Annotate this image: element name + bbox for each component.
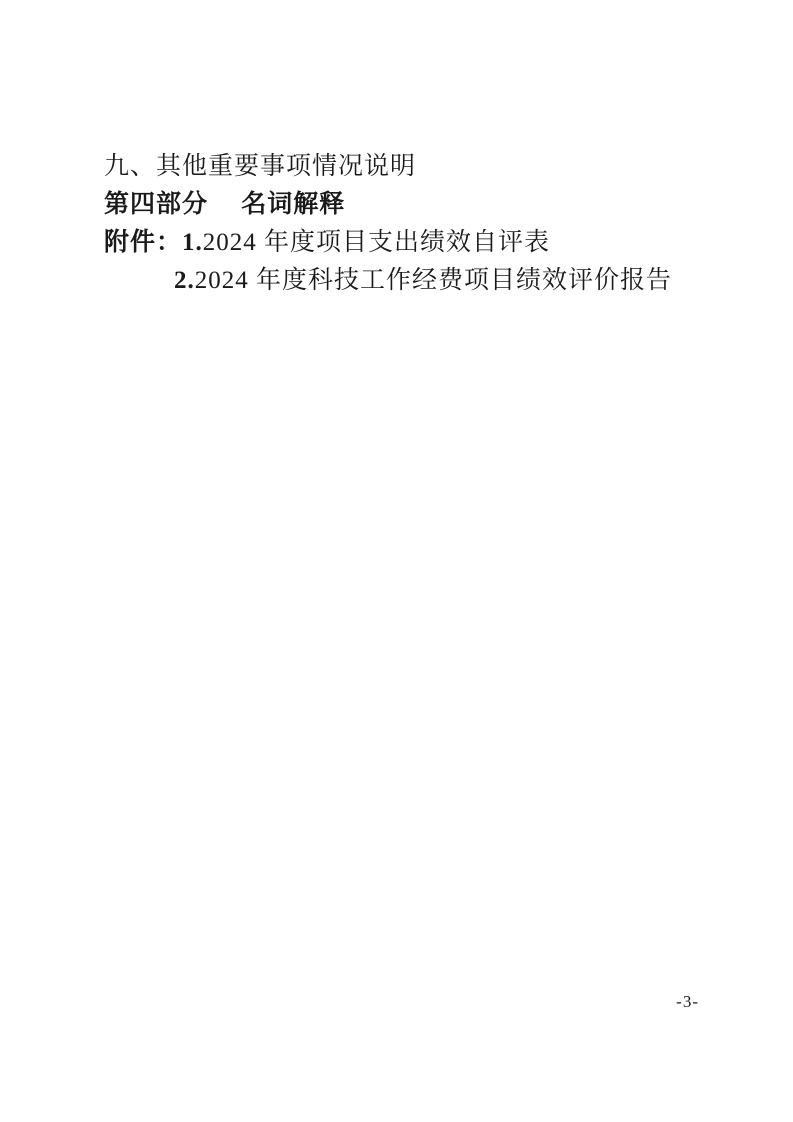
- page-number: -3-: [676, 992, 699, 1012]
- part-four-heading: 第四部分 名词解释: [104, 186, 704, 224]
- section-nine-heading: 九、其他重要事项情况说明: [104, 148, 704, 186]
- attachment-label: 附件：: [104, 229, 182, 256]
- attachment-2-text: 2024 年度科技工作经费项目绩效评价报告: [195, 267, 672, 294]
- document-page: 九、其他重要事项情况说明 第四部分 名词解释 附件：1.2024 年度项目支出绩…: [0, 0, 793, 1122]
- attachment-1-text: 2024 年度项目支出绩效自评表: [203, 229, 550, 256]
- attachment-1-number: 1.: [182, 229, 203, 256]
- document-body: 九、其他重要事项情况说明 第四部分 名词解释 附件：1.2024 年度项目支出绩…: [104, 148, 704, 300]
- attachment-line-2: 2.2024 年度科技工作经费项目绩效评价报告: [104, 262, 704, 300]
- attachment-2-number: 2.: [174, 267, 195, 294]
- attachment-line-1: 附件：1.2024 年度项目支出绩效自评表: [104, 224, 704, 262]
